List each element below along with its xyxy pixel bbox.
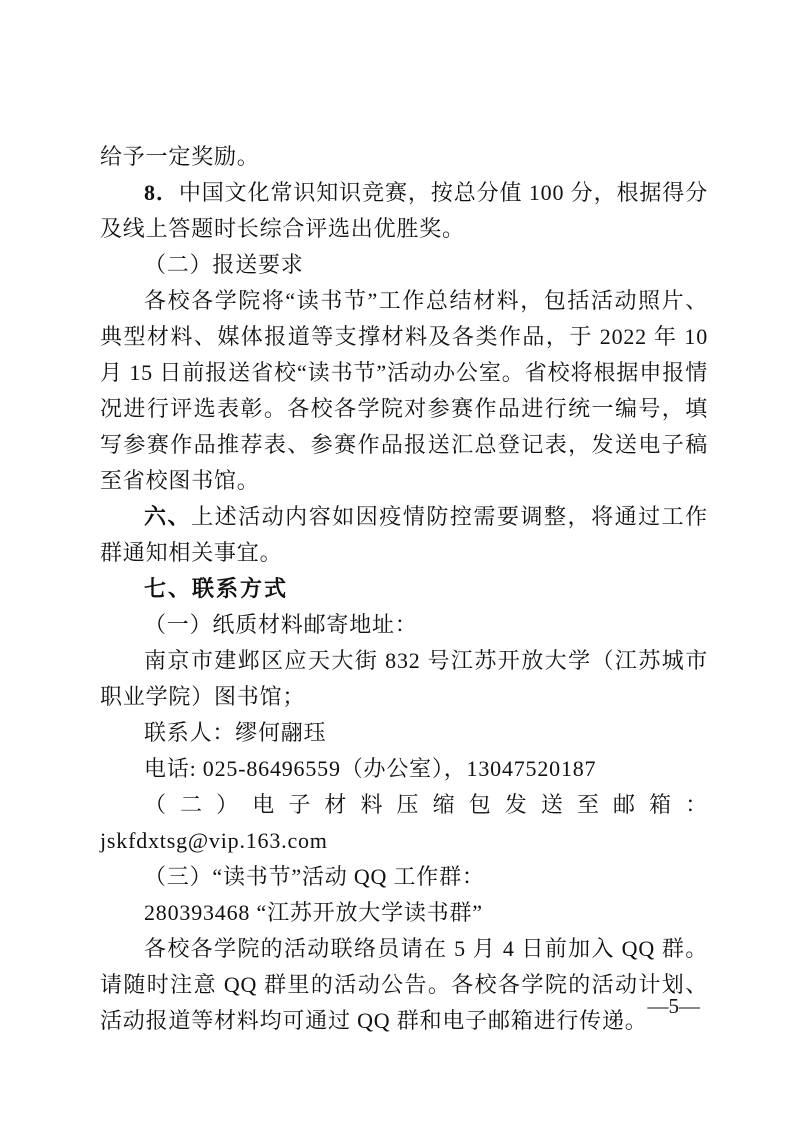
paragraph: 各校各学院将“读书节”工作总结材料，包括活动照片、典型材料、媒体报道等支撑材料及… [100, 283, 708, 499]
paragraph: 电话: 025-86496559（办公室），13047520187 [100, 751, 708, 787]
paragraph: （三）“读书节”活动 QQ 工作群： [100, 859, 708, 895]
paragraph: 联系人：缪何翮珏 [100, 715, 708, 751]
paragraph: 280393468 “江苏开放大学读书群” [100, 895, 708, 931]
paragraph: 南京市建邺区应天大街 832 号江苏开放大学（江苏城市职业学院）图书馆； [100, 643, 708, 715]
section-heading: 七、联系方式 [100, 571, 708, 607]
paragraph: 8．中国文化常识知识竞赛，按总分值 100 分，根据得分及线上答题时长综合评选出… [100, 175, 708, 247]
paragraph: 六、上述活动内容如因疫情防控需要调整，将通过工作群通知相关事宜。 [100, 499, 708, 571]
document-body: 给予一定奖励。8．中国文化常识知识竞赛，按总分值 100 分，根据得分及线上答题… [100, 139, 708, 1039]
paragraph-number-prefix: 8． [144, 180, 179, 205]
paragraph: （二）电子材料压缩包发送至邮箱：jskfdxtsg@vip.163.com [100, 787, 708, 859]
paragraph-number-prefix: 六、 [144, 504, 191, 529]
paragraph-text: 上述活动内容如因疫情防控需要调整，将通过工作群通知相关事宜。 [100, 504, 708, 565]
paragraph-text: 中国文化常识知识竞赛，按总分值 100 分，根据得分及线上答题时长综合评选出优胜… [100, 180, 708, 241]
paragraph: （一）纸质材料邮寄地址： [100, 607, 708, 643]
page-number: —5— [648, 994, 701, 1019]
paragraph: （二）报送要求 [100, 247, 708, 283]
paragraph: 给予一定奖励。 [100, 139, 708, 175]
document-page: 给予一定奖励。8．中国文化常识知识竞赛，按总分值 100 分，根据得分及线上答题… [0, 0, 794, 1122]
paragraph: 各校各学院的活动联络员请在 5 月 4 日前加入 QQ 群。请随时注意 QQ 群… [100, 931, 708, 1039]
